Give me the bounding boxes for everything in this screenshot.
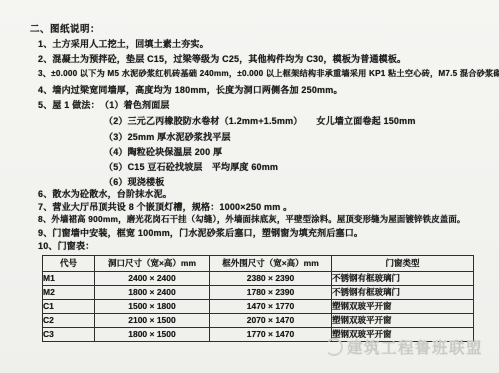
section-title: 二、图纸说明：: [30, 21, 100, 35]
note-line-5-sub-3: （3）25mm 厚水泥砂浆找平层: [104, 130, 231, 143]
cell-code: C1: [43, 300, 95, 314]
cell-opening: 2100 × 1500: [95, 314, 210, 328]
note-line-10: 10、门窗表：: [38, 239, 94, 252]
cell-code: C3: [43, 328, 95, 342]
cell-opening: 2400 × 2400: [95, 272, 210, 286]
note-line-6: 6、散水为砼散水，台阶抹水泥。: [38, 187, 172, 200]
note-line-3: 3、±0.000 以下为 M5 水泥砂浆红机砖基础 240mm，±0.000 以…: [38, 68, 499, 79]
table-header-row: 代号 洞口尺寸（宽×高）mm 框外围尺寸（宽×高）mm 门窗类型: [43, 256, 474, 272]
cell-opening: 1800 × 2400: [95, 286, 210, 300]
scanned-drawing-notes-page: 二、图纸说明： 1、土方采用人工挖土，回填土素土夯实。 2、混凝土为预拌砼，垫层…: [0, 0, 499, 373]
cell-frame: 1780 × 2390: [210, 286, 332, 300]
watermark: 建筑工程鲁班联盟: [325, 336, 483, 358]
note-line-5: 5、屋 1 做法： （1）着色剂面层: [38, 98, 170, 111]
note-line-9: 9、门窗墙中安装，框宽 100mm，门水泥砂浆后塞口，塑钢窗为填充剂后塞口。: [38, 226, 363, 239]
note-line-7: 7、营业大厅吊顶共设 8 个嵌顶灯槽，规格：1000×250 mm 。: [38, 200, 292, 213]
note-line-4: 4、墙内过梁宽同墙厚，高度均为 180mm，长度为洞口两侧各加 250mm。: [38, 83, 343, 96]
header-code: 代号: [43, 256, 95, 272]
luban-alliance-logo-icon: [325, 338, 343, 356]
cell-frame: 1770 × 1470: [210, 328, 332, 342]
cell-type: 不锈钢有框玻璃门: [332, 272, 474, 286]
cell-type: 塑钢双玻平开窗: [332, 314, 474, 328]
cell-code: M2: [43, 286, 95, 300]
note-line-5-sub-5: （5）C15 豆石砼找坡层 平均厚度 60mm: [104, 160, 278, 173]
cell-type: 不锈钢有框玻璃门: [332, 286, 474, 300]
cell-type: 塑钢双玻平开窗: [332, 300, 474, 314]
note-line-5-sub-4: （4）陶粒砼块保温层 200 厚: [104, 145, 222, 158]
table-row: M1 2400 × 2400 2380 × 2390 不锈钢有框玻璃门: [43, 272, 474, 286]
cell-code: C2: [43, 314, 95, 328]
header-opening: 洞口尺寸（宽×高）mm: [95, 256, 210, 272]
header-type: 门窗类型: [332, 256, 474, 272]
note-line-2: 2、混凝土为预拌砼，垫层 C15，过梁等级为 C25，其他构件均为 C30，模板…: [38, 52, 406, 65]
cell-frame: 2380 × 2390: [210, 272, 332, 286]
table-row: C2 2100 × 1500 2070 × 1470 塑钢双玻平开窗: [43, 314, 474, 328]
cell-opening: 1500 × 1800: [95, 300, 210, 314]
note-line-1: 1、土方采用人工挖土，回填土素土夯实。: [38, 37, 209, 50]
header-frame: 框外围尺寸（宽×高）mm: [210, 256, 332, 272]
cell-frame: 2070 × 1470: [210, 314, 332, 328]
cell-opening: 1800 × 1500: [95, 328, 210, 342]
note-line-8: 8、外墙裙高 900mm，磨光花岗石干挂（勾缝），外墙面抹底灰，平壁型涂料。屋顶…: [38, 213, 466, 225]
table-row: C1 1500 × 1800 1470 × 1770 塑钢双玻平开窗: [43, 300, 474, 314]
door-window-table: 代号 洞口尺寸（宽×高）mm 框外围尺寸（宽×高）mm 门窗类型 M1 2400…: [42, 255, 474, 342]
cell-frame: 1470 × 1770: [210, 300, 332, 314]
watermark-text: 建筑工程鲁班联盟: [347, 336, 483, 358]
note-line-5-sub-2: （2）三元乙丙橡胶防水卷材（1.2mm+1.5mm） 女儿墙立面卷起 150mm: [104, 114, 416, 127]
cell-code: M1: [43, 272, 95, 286]
table-row: M2 1800 × 2400 1780 × 2390 不锈钢有框玻璃门: [43, 286, 474, 300]
